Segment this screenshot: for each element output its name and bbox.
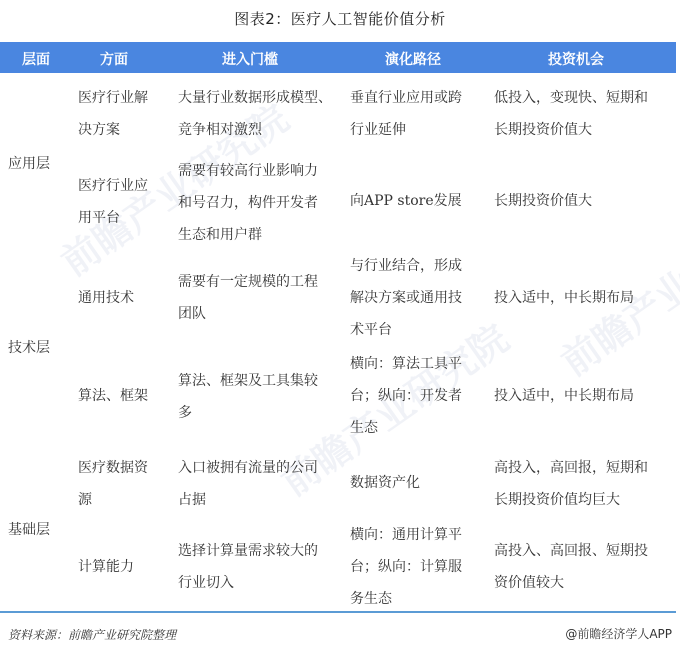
header-aspect: 方面 [100,49,128,69]
opportunity-line: 高投入、高回报、短期投 [494,535,648,567]
aspect-line: 用平台 [78,202,120,234]
layer-application: 应用层 [8,148,50,180]
barrier-line: 占据 [178,484,206,516]
path-line: 数据资产化 [350,467,420,499]
opportunity-line: 投入适中，中长期布局 [494,282,634,314]
barrier-line: 需要有一定规模的工程 [178,266,318,298]
layer-foundation: 基础层 [8,514,50,546]
aspect-line: 医疗行业解 [78,82,148,114]
barrier-line: 竞争相对激烈 [178,114,262,146]
opportunity-line: 长期投资价值大 [494,114,592,146]
source-note: 资料来源：前瞻产业研究院整理 [8,626,176,643]
barrier-line: 团队 [178,298,206,330]
opportunity-line: 资价值较大 [494,567,564,599]
opportunity-line: 长期投资价值均巨大 [494,484,620,516]
aspect-line: 医疗数据资 [78,452,148,484]
aspect-line: 计算能力 [78,551,134,583]
path-line: 解决方案或通用技 [350,282,462,314]
path-line: 横向：通用计算平 [350,519,462,551]
path-line: 生态 [350,412,378,444]
layer-technology: 技术层 [8,332,50,364]
path-line: 台；纵向：开发者 [350,380,462,412]
barrier-line: 算法、框架及工具集较 [178,365,318,397]
barrier-line: 选择计算量需求较大的 [178,535,318,567]
credit-note: @前瞻经济学人APP [565,625,672,642]
barrier-line: 大量行业数据形成模型、 [178,82,332,114]
opportunity-line: 长期投资价值大 [494,185,592,217]
path-line: 术平台 [350,314,392,346]
path-line: 行业延伸 [350,114,406,146]
path-line: 向APP store发展 [350,185,462,217]
barrier-line: 生态和用户群 [178,219,262,251]
opportunity-line: 高投入，高回报，短期和 [494,452,648,484]
path-line: 台；纵向：计算服 [350,551,462,583]
header-layer: 层面 [22,49,50,69]
table-bottom-border [0,611,676,613]
path-line: 横向：算法工具平 [350,348,462,380]
header-opportunity: 投资机会 [548,49,604,69]
aspect-line: 医疗行业应 [78,170,148,202]
header-path: 演化路径 [385,49,441,69]
table-title: 图表2：医疗人工智能价值分析 [0,8,680,29]
path-line: 与行业结合，形成 [350,250,462,282]
table-header: 层面 方面 进入门槛 演化路径 投资机会 [0,42,676,73]
barrier-line: 入口被拥有流量的公司 [178,452,318,484]
aspect-line: 算法、框架 [78,380,148,412]
barrier-line: 和号召力，构件开发者 [178,187,318,219]
aspect-line: 通用技术 [78,282,134,314]
barrier-line: 需要有较高行业影响力 [178,155,318,187]
opportunity-line: 低投入，变现快、短期和 [494,82,648,114]
path-line: 垂直行业应用或跨 [350,82,462,114]
header-barrier: 进入门槛 [222,49,278,69]
barrier-line: 行业切入 [178,567,234,599]
aspect-line: 源 [78,484,92,516]
aspect-line: 决方案 [78,114,120,146]
barrier-line: 多 [178,397,192,429]
opportunity-line: 投入适中，中长期布局 [494,380,634,412]
